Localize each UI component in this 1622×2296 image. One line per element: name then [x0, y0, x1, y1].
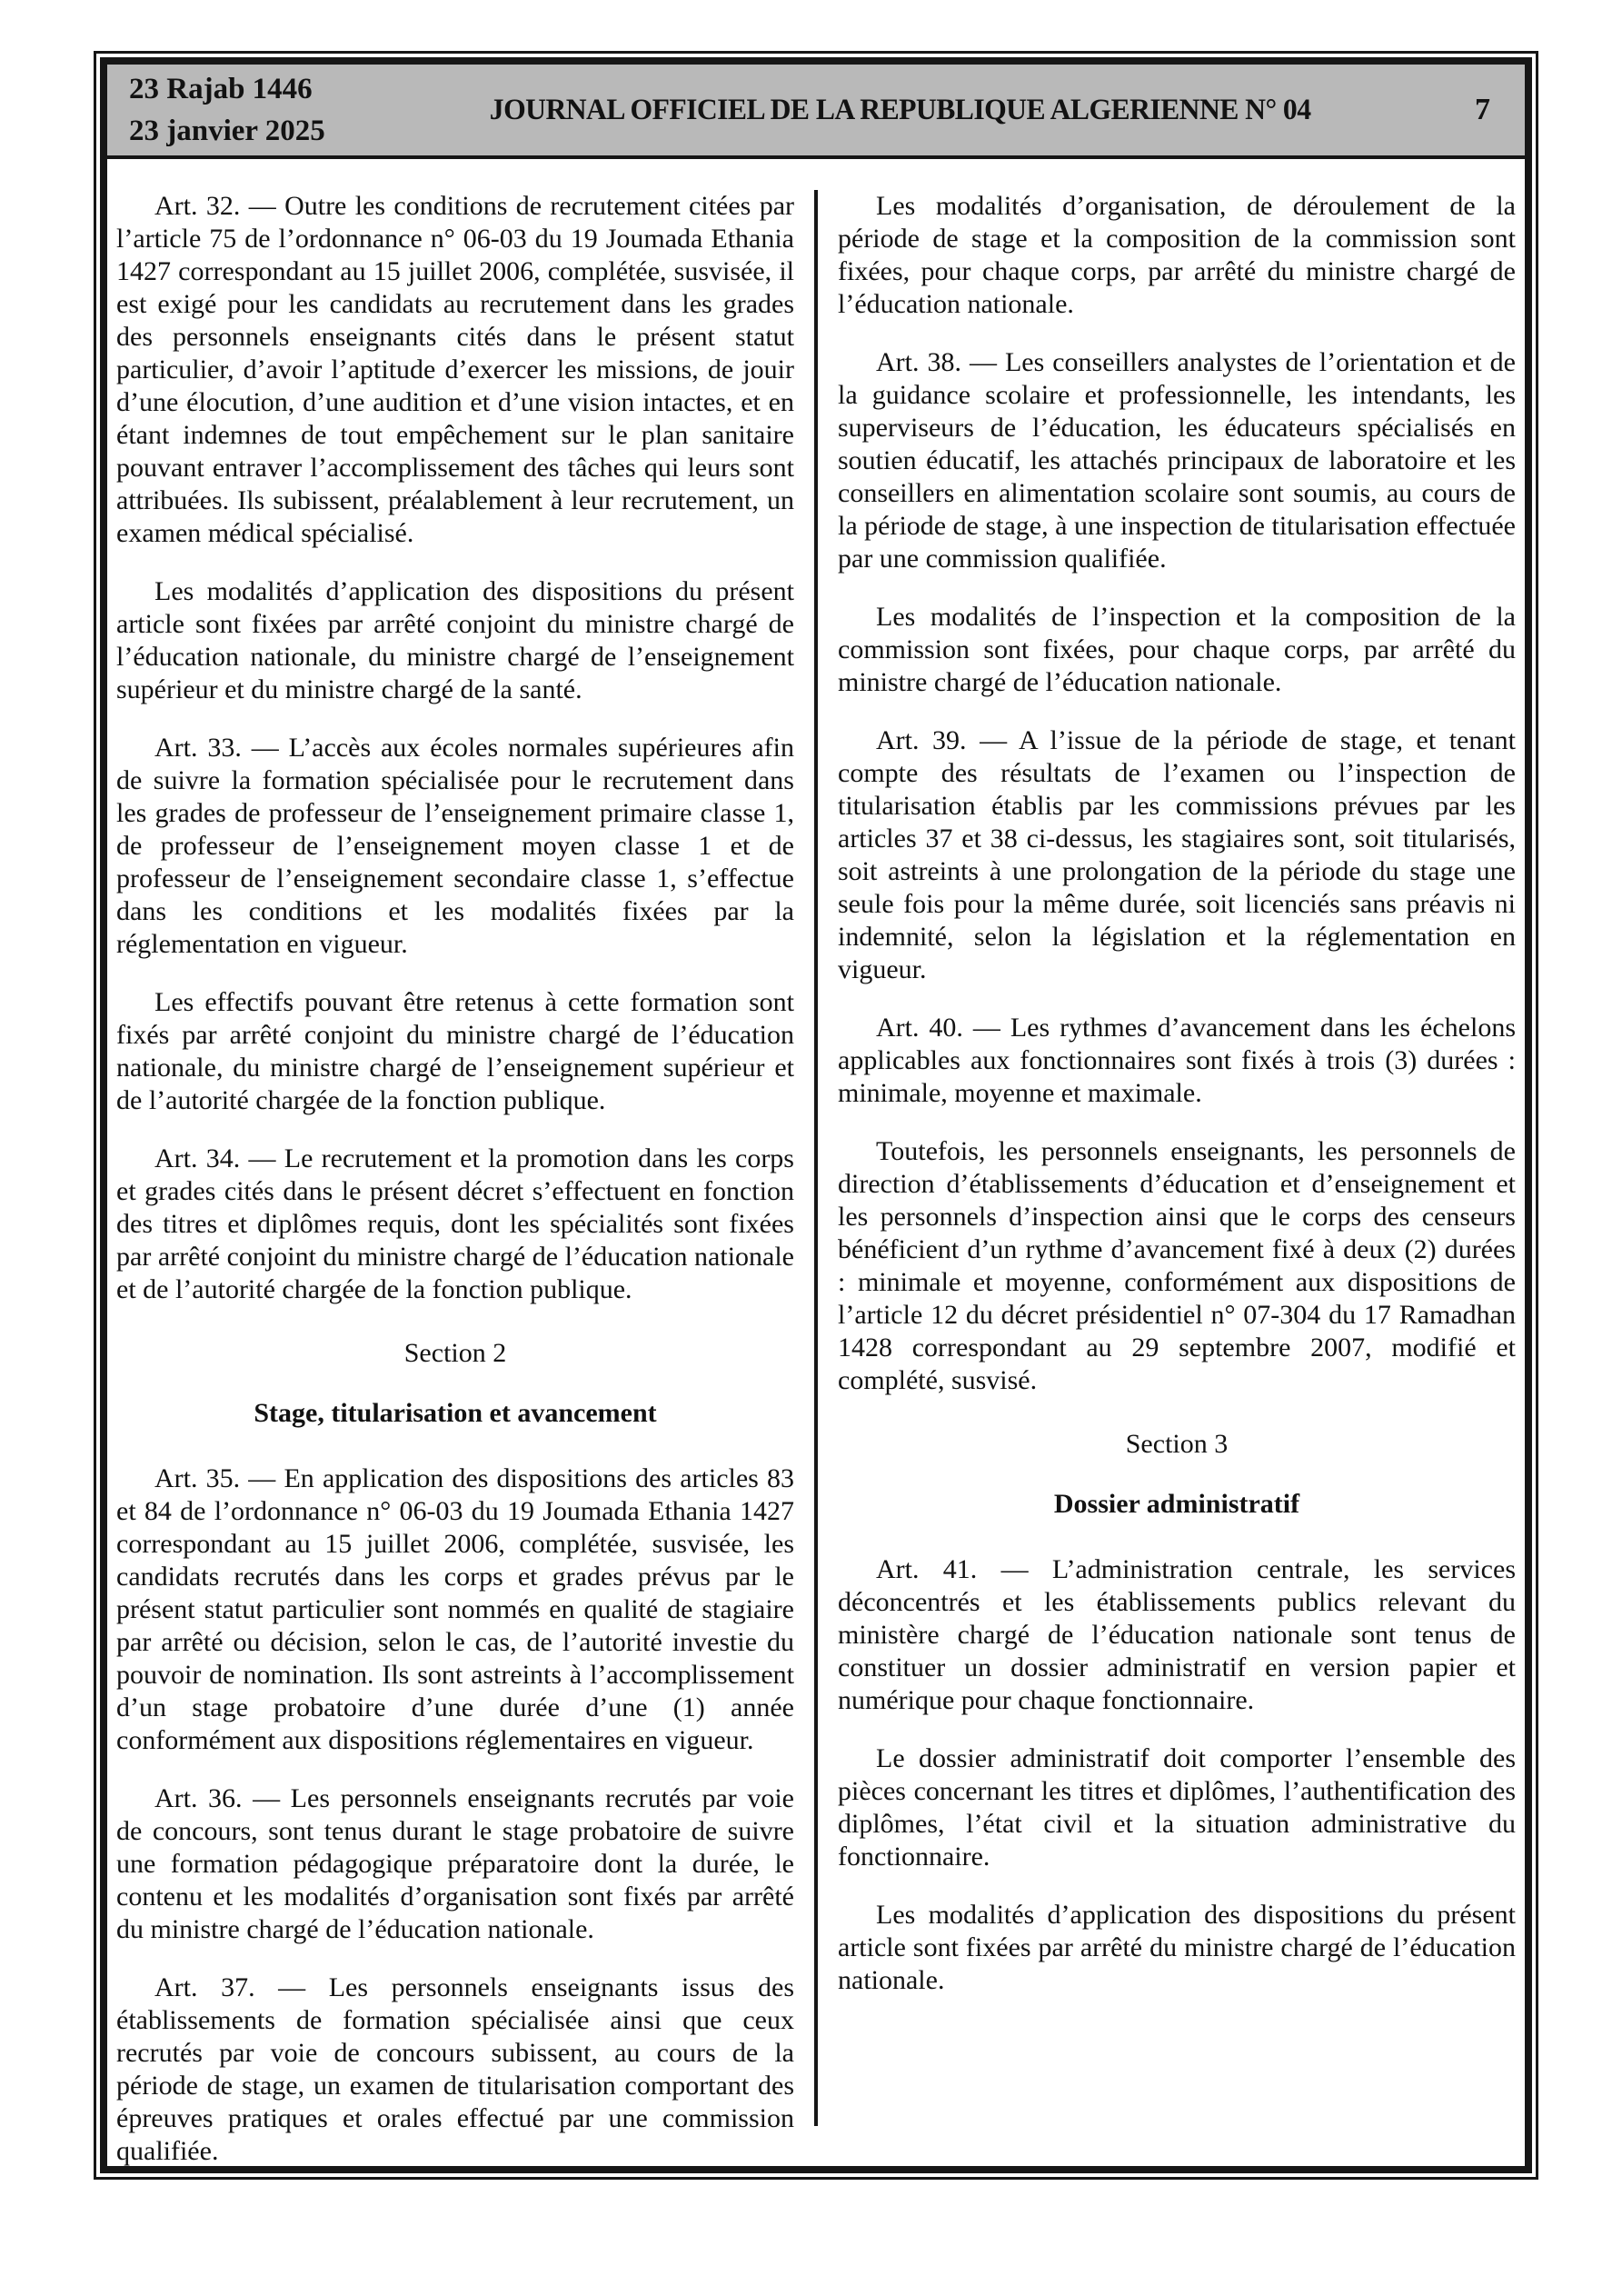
section-title: Dossier administratif [838, 1488, 1516, 1521]
date-hijri: 23 Rajab 1446 [129, 68, 325, 110]
section-title: Stage, titularisation et avancement [116, 1397, 794, 1430]
date-gregorian: 23 janvier 2025 [129, 110, 325, 152]
paragraph: Les modalités d’application des disposit… [116, 575, 794, 706]
page-frame-inner: 23 Rajab 1446 23 janvier 2025 JOURNAL OF… [100, 57, 1532, 2173]
paragraph: Le dossier administratif doit comporter … [838, 1742, 1516, 1873]
page-frame: 23 Rajab 1446 23 janvier 2025 JOURNAL OF… [94, 51, 1538, 2180]
paragraph: Art. 33. — L’accès aux écoles normales s… [116, 732, 794, 961]
page-number: 7 [1475, 93, 1490, 127]
body-columns: Art. 32. — Outre les conditions de recru… [107, 159, 1525, 2166]
paragraph: Art. 32. — Outre les conditions de recru… [116, 190, 794, 550]
paragraph: Les modalités d’application des disposit… [838, 1899, 1516, 1997]
column-divider [814, 190, 818, 2126]
paragraph: Toutefois, les personnels enseignants, l… [838, 1135, 1516, 1397]
section-label: Section 2 [116, 1337, 794, 1370]
left-column: Art. 32. — Outre les conditions de recru… [116, 190, 794, 2166]
section-label: Section 3 [838, 1428, 1516, 1461]
paragraph: Art. 36. — Les personnels enseignants re… [116, 1782, 794, 1946]
paragraph: Art. 39. — A l’issue de la période de st… [838, 724, 1516, 986]
paragraph: Les modalités de l’inspection et la comp… [838, 601, 1516, 699]
paragraph: Art. 37. — Les personnels enseignants is… [116, 1972, 794, 2166]
column-gutter [794, 190, 838, 2166]
right-column: Les modalités d’organisation, de déroule… [838, 190, 1516, 2166]
header-bar: 23 Rajab 1446 23 janvier 2025 JOURNAL OF… [107, 65, 1525, 159]
paragraph: Art. 34. — Le recrutement et la promotio… [116, 1143, 794, 1306]
journal-title: JOURNAL OFFICIEL DE LA REPUBLIQUE ALGERI… [348, 94, 1452, 127]
paragraph: Art. 41. — L’administration centrale, le… [838, 1553, 1516, 1717]
paragraph: Les effectifs pouvant être retenus à cet… [116, 986, 794, 1117]
paragraph: Art. 40. — Les rythmes d’avancement dans… [838, 1012, 1516, 1110]
journal-page: 23 Rajab 1446 23 janvier 2025 JOURNAL OF… [0, 0, 1622, 2296]
paragraph: Art. 35. — En application des dispositio… [116, 1462, 794, 1757]
paragraph: Art. 38. — Les conseillers analystes de … [838, 346, 1516, 575]
header-dates: 23 Rajab 1446 23 janvier 2025 [129, 68, 325, 152]
paragraph: Les modalités d’organisation, de déroule… [838, 190, 1516, 321]
